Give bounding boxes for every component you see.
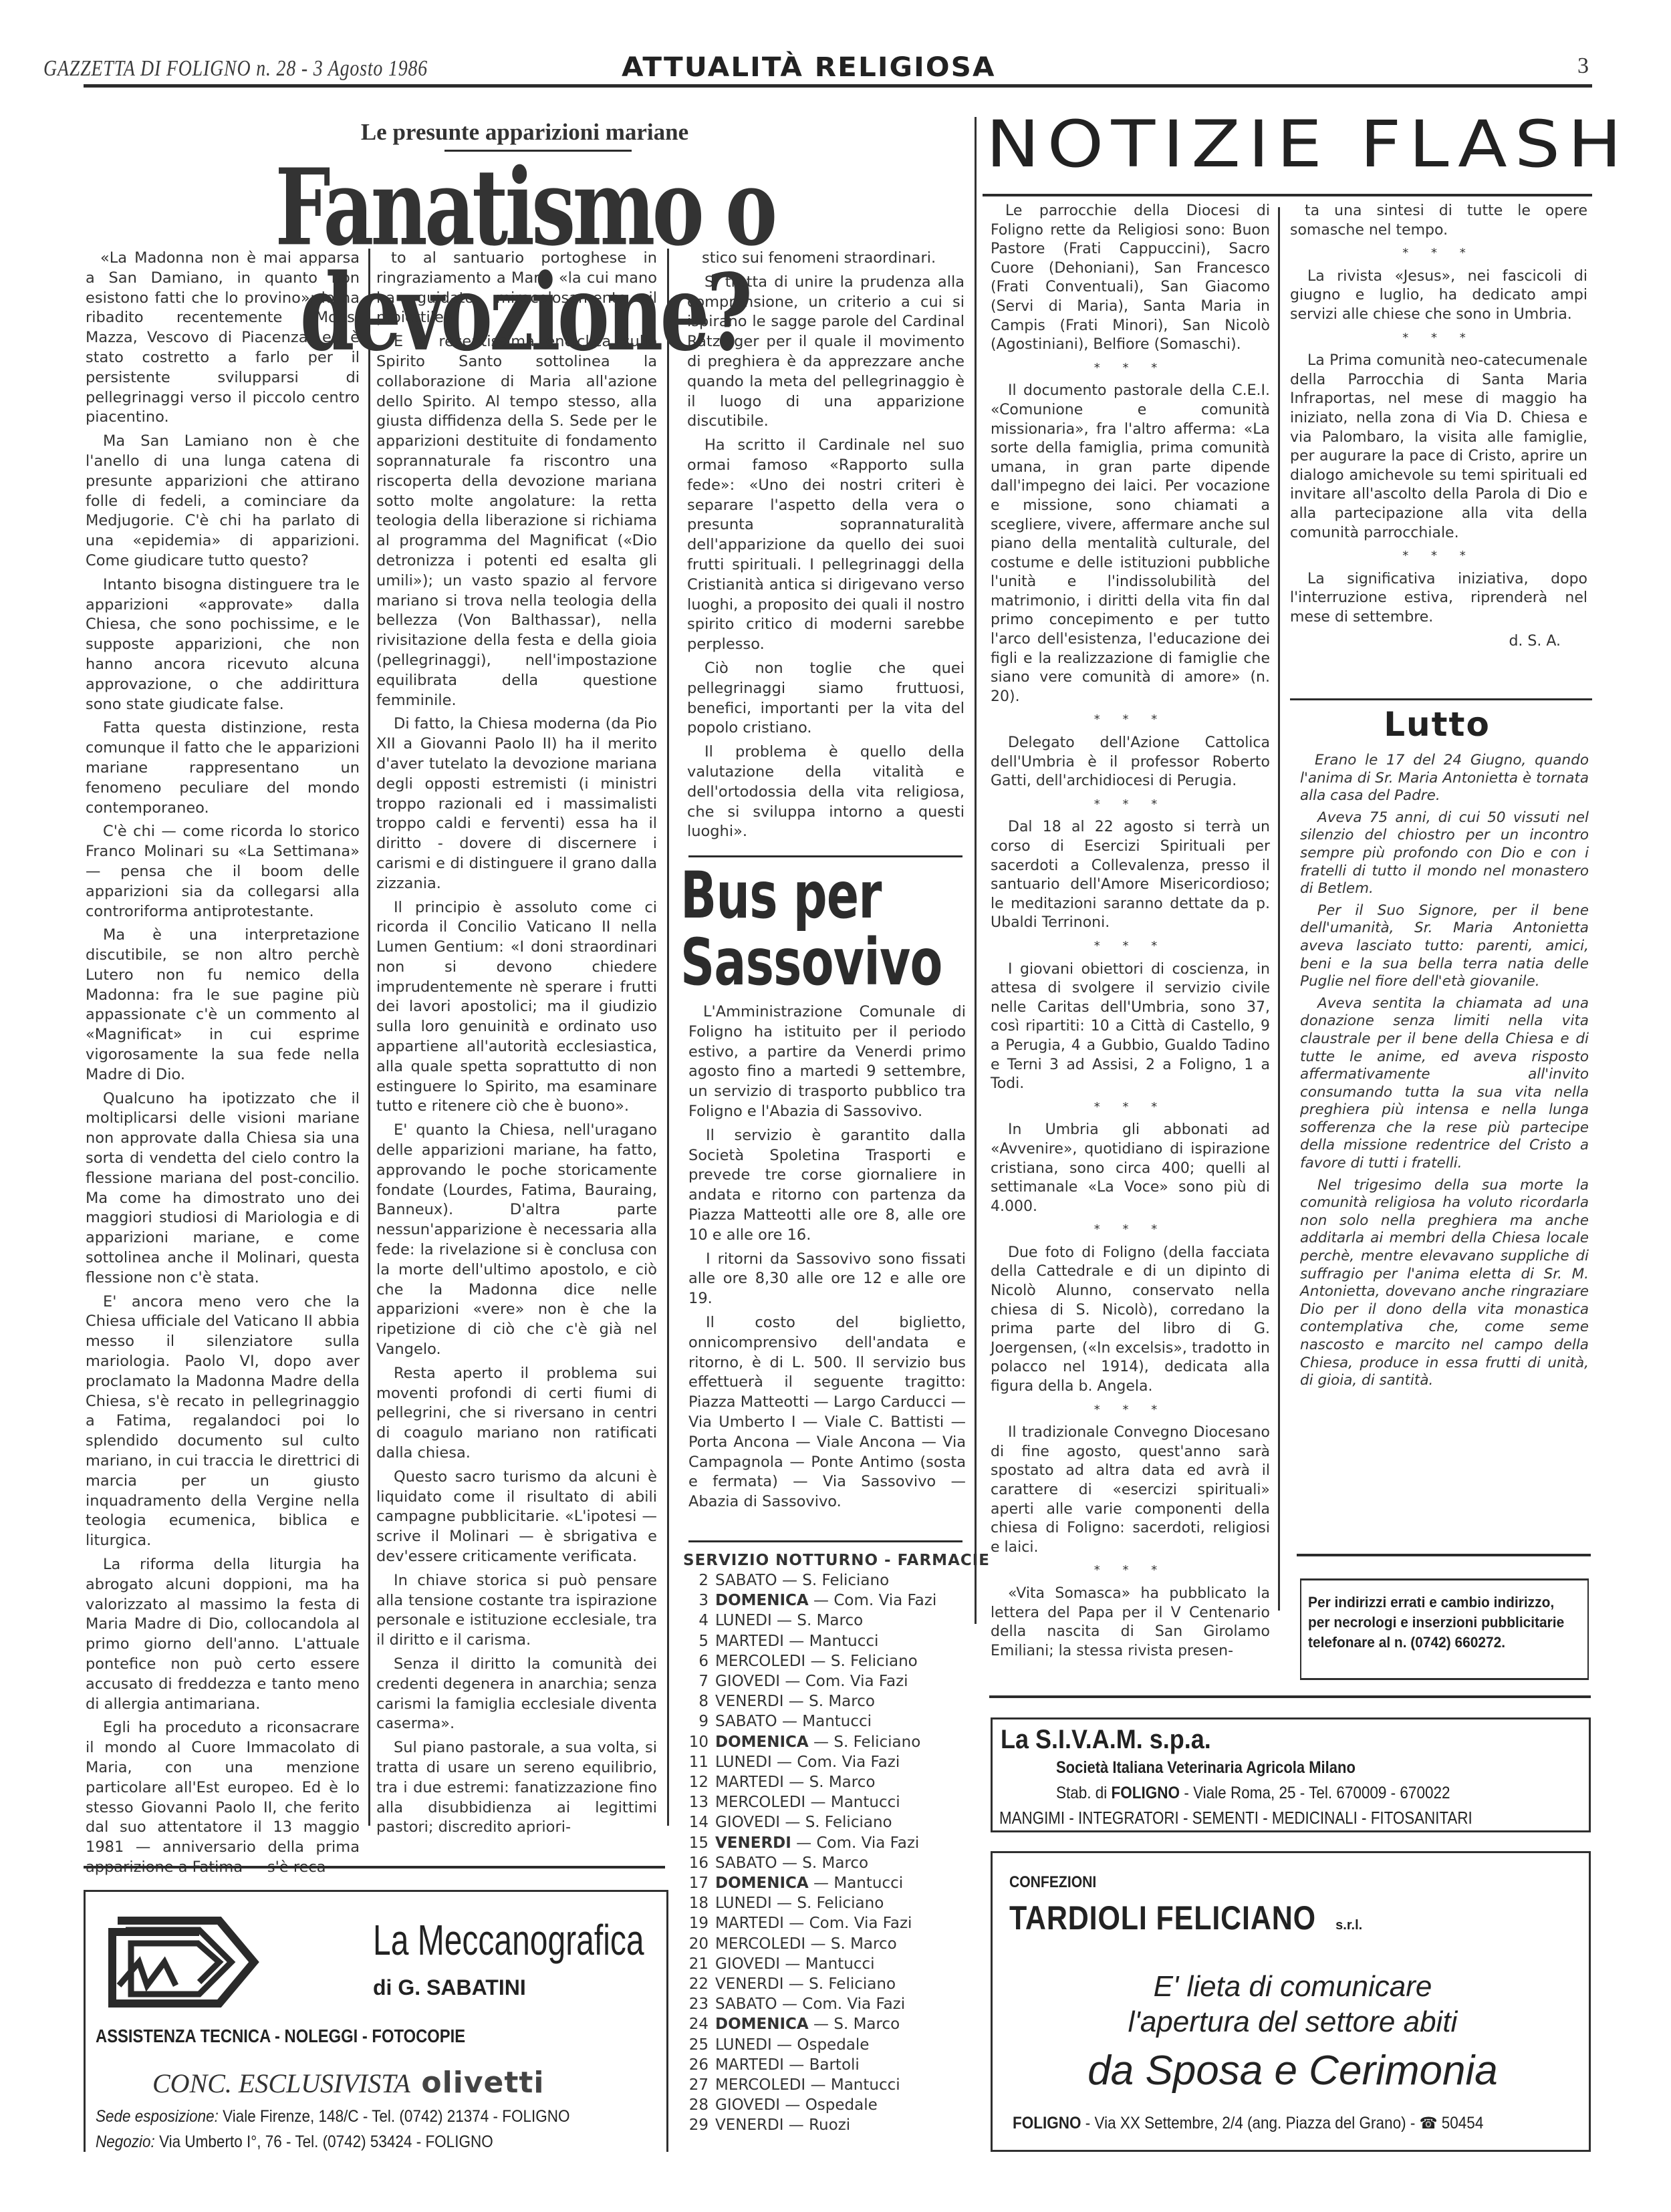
lutto-title: Lutto: [1283, 705, 1591, 744]
pharmacy-name: S. Marco: [802, 1854, 868, 1872]
dash: —: [809, 2016, 834, 2033]
notice-text: Per indirizzi errati e cambio indirizzo,…: [1308, 1593, 1567, 1653]
separator-stars: * * *: [991, 710, 1270, 730]
dash: —: [784, 2056, 809, 2074]
farmacia-row: 18LUNEDI — S. Feliciano: [683, 1893, 964, 1913]
pharmacy-name: S. Marco: [797, 1612, 863, 1629]
day-number: 15: [683, 1833, 709, 1853]
article-column-3: stico sui fenomeni straordinari.Si tratt…: [687, 249, 965, 846]
farmacia-row: 24DOMENICA — S. Marco: [683, 2014, 964, 2034]
weekday: LUNEDI: [715, 1612, 772, 1629]
pharmacy-name: Com. Via Fazi: [802, 1995, 905, 2013]
meccanografica-owner: di G. SABATINI: [373, 1975, 526, 2000]
pharmacy-name: Mantucci: [809, 1633, 879, 1650]
meccanografica-services: ASSISTENZA TECNICA - NOLEGGI - FOTOCOPIE: [96, 2026, 465, 2047]
olivetti-dealer-line: CONC. ESCLUSIVISTA olivetti: [152, 2066, 545, 2100]
day-number: 22: [683, 1974, 709, 1994]
separator-stars: * * *: [1290, 329, 1587, 348]
paragraph: Il documento pastorale della C.E.I. «Com…: [991, 382, 1270, 706]
weekday: VENERDI: [715, 1693, 783, 1710]
dash: —: [805, 2076, 831, 2094]
dash: —: [780, 1814, 805, 1831]
flash-title-rule: [983, 194, 1592, 196]
day-number: 29: [683, 2115, 709, 2135]
dash: —: [784, 1774, 809, 1791]
farmacia-row: 8VENERDI — S. Marco: [683, 1691, 964, 1711]
farmacia-row: 5MARTEDI — Mantucci: [683, 1631, 964, 1651]
sivam-name: La S.I.V.A.M. s.p.a.: [1001, 1725, 1211, 1755]
day-number: 27: [683, 2075, 709, 2095]
dash: —: [772, 1895, 797, 1912]
dash: —: [809, 1592, 834, 1609]
day-number: 7: [683, 1671, 709, 1691]
separator-stars: * * *: [991, 359, 1270, 378]
paragraph: Per il Suo Signore, per il bene dell'uma…: [1300, 902, 1589, 991]
paragraph: Dal 18 al 22 agosto si terrà un corso di…: [991, 818, 1270, 933]
day-number: 2: [683, 1570, 709, 1591]
ad-separator-rule: [989, 1695, 1591, 1698]
paragraph: Qualcuno ha ipotizzato che il moltiplica…: [86, 1089, 360, 1288]
paragraph: Erano le 17 del 24 Giugno, quando l'anim…: [1300, 752, 1589, 805]
paragraph: Nel trigesimo della sua morte la comunit…: [1300, 1177, 1589, 1390]
lutto-body: Erano le 17 del 24 Giugno, quando l'anim…: [1300, 752, 1589, 1394]
paragraph: Aveva sentita la chiamata ad una donazio…: [1300, 995, 1589, 1173]
column-divider: [368, 249, 370, 1826]
tardioli-line-3: da Sposa e Cerimonia: [993, 2047, 1593, 2094]
dash: —: [772, 1754, 797, 1771]
paragraph: Il servizio è garantito dalla Società Sp…: [688, 1126, 966, 1246]
paragraph: Il tradizionale Convegno Diocesano di fi…: [991, 1423, 1270, 1557]
pharmacy-name: Mantucci: [831, 1794, 900, 1811]
stab-city: FOLIGNO: [1112, 1784, 1180, 1802]
separator-stars: * * *: [991, 1561, 1270, 1580]
dash: —: [805, 1653, 831, 1670]
paragraph: Sul piano pastorale, a sua volta, si tra…: [376, 1738, 657, 1838]
separator-stars: * * *: [991, 1401, 1270, 1420]
dash: —: [780, 1955, 805, 1973]
weekday: MARTEDI: [715, 1774, 784, 1791]
paragraph: C'è chi — come ricorda lo storico Franco…: [86, 822, 360, 922]
pharmacy-name: Com. Via Fazi: [833, 1592, 936, 1609]
tardioli-city: FOLIGNO: [1013, 2114, 1081, 2132]
farmacia-row: 25LUNEDI — Ospedale: [683, 2035, 964, 2055]
paragraph: I giovani obiettori di coscienza, in att…: [991, 960, 1270, 1094]
farmacia-row: 16SABATO — S. Marco: [683, 1853, 964, 1873]
paragraph: Ma è una interpretazione discutibile, se…: [86, 926, 360, 1085]
tardioli-line-2: l'apertura del settore abiti: [993, 2006, 1593, 2039]
day-number: 10: [683, 1732, 709, 1752]
day-number: 24: [683, 2014, 709, 2034]
telephone-icon: ☎: [1420, 2114, 1438, 2132]
farmacia-row: 13MERCOLEDI — Mantucci: [683, 1792, 964, 1812]
paragraph: La significativa iniziativa, dopo l'inte…: [1290, 570, 1587, 628]
farmacia-row: 22VENERDI — S. Feliciano: [683, 1974, 964, 1994]
paragraph: Il problema è quello della valutazione d…: [687, 742, 965, 842]
weekday: GIOVEDI: [715, 1814, 780, 1831]
day-number: 16: [683, 1853, 709, 1873]
meccanografica-ad: La Meccanografica di G. SABATINI ASSISTE…: [84, 1890, 668, 2152]
paragraph: La Prima comunità neo-catecumenale della…: [1290, 352, 1587, 543]
farmacia-row: 21GIOVEDI — Mantucci: [683, 1954, 964, 1974]
day-number: 5: [683, 1631, 709, 1651]
bus-headline-line-1: Bus per: [680, 862, 942, 929]
paragraph: Si tratta di unire la prudenza alla comp…: [687, 273, 965, 432]
sivam-ad: La S.I.V.A.M. s.p.a. Società Italiana Ve…: [991, 1717, 1591, 1832]
olivetti-logo: olivetti: [421, 2066, 544, 2100]
farmacia-row: 17DOMENICA — Mantucci: [683, 1873, 964, 1893]
farmacia-row: 26MARTEDI — Bartoli: [683, 2055, 964, 2075]
day-number: 19: [683, 1913, 709, 1933]
day-number: 26: [683, 2055, 709, 2075]
dash: —: [784, 1915, 809, 1932]
dash: —: [780, 1673, 805, 1690]
tardioli-phone: 50454: [1442, 2114, 1484, 2132]
separator-stars: * * *: [991, 937, 1270, 956]
day-number: 18: [683, 1893, 709, 1913]
dealer-label: CONC. ESCLUSIVISTA: [152, 2068, 410, 2098]
article-kicker: Le presunte apparizioni mariane: [84, 119, 966, 146]
paragraph: Due foto di Foligno (della facciata dell…: [991, 1244, 1270, 1397]
day-number: 11: [683, 1752, 709, 1772]
paragraph: In chiave storica si può pensare alla te…: [376, 1571, 657, 1651]
pharmacy-name: Com. Via Fazi: [797, 1754, 900, 1771]
farmacia-row: 19MARTEDI — Com. Via Fazi: [683, 1913, 964, 1933]
weekday: SABATO: [715, 1995, 777, 2013]
dash: —: [772, 1612, 797, 1629]
bus-headline: Bus per Sassovivo: [680, 862, 942, 996]
farmacie-top-rule: [688, 1540, 962, 1542]
weekday: MARTEDI: [715, 1633, 784, 1650]
farmacia-row: 12MARTEDI — S. Marco: [683, 1772, 964, 1792]
pharmacy-name: S. Feliciano: [802, 1572, 889, 1589]
dash: —: [780, 2096, 805, 2114]
paragraph: E la recentissima enciclica sullo Spirit…: [376, 332, 657, 710]
paragraph: Fatta questa distinzione, resta comunque…: [86, 718, 360, 818]
paragraph: ta una sintesi di tutte le opere somasch…: [1290, 202, 1587, 240]
day-number: 3: [683, 1591, 709, 1611]
paragraph: L'Amministrazione Comunale di Foligno ha…: [688, 1002, 966, 1122]
notice-box: Per indirizzi errati e cambio indirizzo,…: [1300, 1578, 1589, 1680]
weekday: GIOVEDI: [715, 1955, 780, 1973]
paragraph: E' ancora meno vero che la Chiesa uffici…: [86, 1292, 360, 1551]
paragraph: Intanto bisogna distinguere tra le appar…: [86, 575, 360, 715]
farmacia-row: 20MERCOLEDI — S. Marco: [683, 1934, 964, 1954]
weekday: LUNEDI: [715, 2036, 772, 2054]
notizie-flash-column-2: ta una sintesi di tutte le opere somasch…: [1290, 202, 1587, 652]
meccanografica-name: La Meccanografica: [373, 1915, 644, 1965]
paragraph: Questo sacro turismo da alcuni è liquida…: [376, 1468, 657, 1567]
page-number: 3: [1577, 53, 1589, 79]
stab-address: - Viale Roma, 25 - Tel. 670009 - 670022: [1184, 1784, 1450, 1802]
farmacie-title: SERVIZIO NOTTURNO - FARMACIE: [683, 1552, 990, 1569]
weekday: VENERDI: [715, 1975, 783, 1993]
paragraph: Ha scritto il Cardinale nel suo ormai fa…: [687, 436, 965, 655]
dash: —: [777, 1572, 803, 1589]
paragraph: Delegato dell'Azione Cattolica dell'Umbr…: [991, 734, 1270, 791]
negozio-address: Via Umberto I°, 76 - Tel. (0742) 53424 -…: [159, 2132, 493, 2151]
ad-separator-rule: [84, 1866, 665, 1869]
dash: —: [805, 1794, 831, 1811]
bus-article-body: L'Amministrazione Comunale di Foligno ha…: [688, 1002, 966, 1516]
day-number: 8: [683, 1691, 709, 1711]
dash: —: [805, 1935, 831, 1953]
pharmacy-name: S. Feliciano: [809, 1975, 896, 1993]
tardioli-line-1: E' lieta di comunicare: [993, 1970, 1593, 2003]
paragraph: Il costo del biglietto, onnicomprensivo …: [688, 1313, 966, 1512]
pharmacy-name: S. Marco: [809, 1774, 876, 1791]
weekday: DOMENICA: [715, 1734, 809, 1751]
farmacia-row: 6MERCOLEDI — S. Feliciano: [683, 1651, 964, 1671]
weekday: MERCOLEDI: [715, 1653, 805, 1670]
dash: —: [777, 1713, 803, 1730]
farmacia-row: 28GIOVEDI — Ospedale: [683, 2095, 964, 2115]
tardioli-address: - Via XX Settembre, 2/4 (ang. Piazza del…: [1085, 2114, 1416, 2132]
sede-label: Sede esposizione:: [96, 2107, 219, 2126]
day-number: 23: [683, 1994, 709, 2014]
weekday: MERCOLEDI: [715, 2076, 805, 2094]
section-divider: [975, 117, 977, 1624]
day-number: 14: [683, 1812, 709, 1832]
paragraph: to al santuario portoghese in ringraziam…: [376, 249, 657, 328]
notizie-flash-column-1: Le parrocchie della Diocesi di Foligno r…: [991, 202, 1270, 1665]
weekday: MARTEDI: [715, 2056, 784, 2074]
paragraph: Il principio è assoluto come ci ricorda …: [376, 898, 657, 1117]
weekday: DOMENICA: [715, 1592, 809, 1609]
M-logo-icon: [99, 1915, 266, 2016]
pharmacy-name: Com. Via Fazi: [809, 1915, 912, 1932]
tardioli-name-line: TARDIOLI FELICIANO s.r.l.: [1009, 1899, 1362, 1937]
dash: —: [783, 1693, 809, 1710]
tardioli-name: TARDIOLI FELICIANO: [1009, 1899, 1316, 1937]
weekday: LUNEDI: [715, 1895, 772, 1912]
farmacia-row: 4LUNEDI — S. Marco: [683, 1611, 964, 1631]
lutto-top-rule: [1290, 698, 1592, 700]
farmacia-row: 23SABATO — Com. Via Fazi: [683, 1994, 964, 2014]
dash: —: [783, 2116, 809, 2134]
day-number: 12: [683, 1772, 709, 1792]
pharmacy-name: S. Feliciano: [797, 1895, 884, 1912]
dash: —: [791, 1834, 817, 1852]
pharmacy-name: Mantucci: [833, 1875, 903, 1892]
paragraph: Egli ha proceduto a riconsacrare il mond…: [86, 1718, 360, 1877]
column-divider: [667, 249, 669, 1826]
paragraph: Le parrocchie della Diocesi di Foligno r…: [991, 202, 1270, 355]
negozio-label: Negozio:: [96, 2132, 155, 2151]
day-number: 21: [683, 1954, 709, 1974]
negozio-address-line: Negozio: Via Umberto I°, 76 - Tel. (0742…: [96, 2132, 493, 2152]
tardioli-address-line: FOLIGNO - Via XX Settembre, 2/4 (ang. Pi…: [1013, 2114, 1483, 2133]
day-number: 4: [683, 1611, 709, 1631]
dash: —: [784, 1633, 809, 1650]
day-number: 9: [683, 1711, 709, 1732]
paragraph: Resta aperto il problema sui moventi pro…: [376, 1364, 657, 1464]
masthead-rule: [84, 84, 1592, 88]
weekday: MERCOLEDI: [715, 1794, 805, 1811]
article-column-1: «La Madonna non è mai apparsa a San Dami…: [86, 249, 360, 1882]
notizie-flash-title: NOTIZIE FLASH: [986, 107, 1629, 182]
weekday: VENERDI: [715, 1834, 791, 1852]
publication-info: GAZZETTA DI FOLIGNO n. 28 - 3 Agosto 198…: [43, 56, 428, 82]
farmacia-row: 27MERCOLEDI — Mantucci: [683, 2075, 964, 2095]
pharmacy-name: Mantucci: [805, 1955, 875, 1973]
pharmacy-name: S. Feliciano: [831, 1653, 918, 1670]
day-number: 17: [683, 1873, 709, 1893]
day-number: 25: [683, 2035, 709, 2055]
farmacia-row: 11LUNEDI — Com. Via Fazi: [683, 1752, 964, 1772]
pharmacy-name: Com. Via Fazi: [805, 1673, 908, 1690]
column-divider: [1278, 207, 1280, 1611]
section-title: ATTUALITÀ RELIGIOSA: [622, 52, 996, 83]
paragraph: La riforma della liturgia ha abrogato al…: [86, 1555, 360, 1714]
day-number: 20: [683, 1934, 709, 1954]
pharmacy-name: Ospedale: [805, 2096, 878, 2114]
weekday: SABATO: [715, 1854, 777, 1872]
separator-stars: * * *: [991, 795, 1270, 815]
day-number: 6: [683, 1651, 709, 1671]
bus-top-rule: [688, 855, 962, 857]
paragraph: I ritorni da Sassovivo sono fissati alle…: [688, 1250, 966, 1309]
paragraph: «La Madonna non è mai apparsa a San Dami…: [86, 249, 360, 428]
farmacia-row: 3DOMENICA — Com. Via Fazi: [683, 1591, 964, 1611]
pharmacy-name: Ospedale: [797, 2036, 869, 2054]
article-column-2: to al santuario portoghese in ringraziam…: [376, 249, 657, 1842]
paragraph: Di fatto, la Chiesa moderna (da Pio XII …: [376, 714, 657, 893]
signature: d. S. A.: [1290, 632, 1587, 652]
pharmacy-name: S. Marco: [809, 1693, 875, 1710]
stab-prefix: Stab. di: [1056, 1784, 1107, 1802]
farmacia-row: 14GIOVEDI — S. Feliciano: [683, 1812, 964, 1832]
pharmacy-name: Ruozi: [809, 2116, 850, 2134]
sede-address: Viale Firenze, 148/C - Tel. (0742) 21374…: [223, 2107, 569, 2126]
notice-top-rule: [1297, 1554, 1591, 1556]
dash: —: [783, 1975, 809, 1993]
weekday: GIOVEDI: [715, 2096, 780, 2114]
pharmacy-name: Com. Via Fazi: [816, 1834, 919, 1852]
farmacie-list: 2SABATO — S. Feliciano3DOMENICA — Com. V…: [683, 1570, 964, 2136]
tardioli-ad: CONFEZIONI TARDIOLI FELICIANO s.r.l. E' …: [991, 1851, 1591, 2152]
separator-stars: * * *: [991, 1098, 1270, 1117]
sivam-full-name: Società Italiana Veterinaria Agricola Mi…: [1056, 1758, 1356, 1778]
weekday: SABATO: [715, 1572, 777, 1589]
paragraph: stico sui fenomeni straordinari.: [687, 249, 965, 269]
farmacia-row: 2SABATO — S. Feliciano: [683, 1570, 964, 1591]
weekday: LUNEDI: [715, 1754, 772, 1771]
paragraph: «Vita Somasca» ha pubblicato la lettera …: [991, 1584, 1270, 1661]
farmacia-row: 15VENERDI — Com. Via Fazi: [683, 1833, 964, 1853]
pharmacy-name: Mantucci: [831, 2076, 900, 2094]
farmacia-row: 10DOMENICA — S. Feliciano: [683, 1732, 964, 1752]
pharmacy-name: Bartoli: [809, 2056, 860, 2074]
dash: —: [777, 1854, 803, 1872]
pharmacy-name: S. Marco: [831, 1935, 897, 1953]
dash: —: [809, 1734, 834, 1751]
weekday: GIOVEDI: [715, 1673, 780, 1690]
day-number: 28: [683, 2095, 709, 2115]
weekday: MARTEDI: [715, 1915, 784, 1932]
weekday: MERCOLEDI: [715, 1935, 805, 1953]
pharmacy-name: S. Marco: [833, 2016, 900, 2033]
sivam-address-line: Stab. di FOLIGNO - Viale Roma, 25 - Tel.…: [1056, 1784, 1450, 1803]
farmacia-row: 9SABATO — Mantucci: [683, 1711, 964, 1732]
dash: —: [777, 1995, 803, 2013]
farmacia-row: 29VENERDI — Ruozi: [683, 2115, 964, 2135]
sivam-products: MANGIMI - INTEGRATORI - SEMENTI - MEDICI…: [999, 1808, 1472, 1828]
paragraph: Senza il diritto la comunità dei credent…: [376, 1655, 657, 1734]
paragraph: E' quanto la Chiesa, nell'uragano delle …: [376, 1121, 657, 1360]
farmacia-row: 7GIOVEDI — Com. Via Fazi: [683, 1671, 964, 1691]
paragraph: Ma San Lamiano non è che l'anello di una…: [86, 432, 360, 571]
tardioli-suffix: s.r.l.: [1335, 1918, 1362, 1933]
paragraph: In Umbria gli abbonati ad «Avvenire», qu…: [991, 1121, 1270, 1216]
separator-stars: * * *: [991, 1220, 1270, 1240]
separator-stars: * * *: [1290, 244, 1587, 263]
paragraph: Ciò non toglie che quei pellegrinaggi si…: [687, 659, 965, 738]
day-number: 13: [683, 1792, 709, 1812]
dash: —: [809, 1875, 834, 1892]
sede-address-line: Sede esposizione: Viale Firenze, 148/C -…: [96, 2107, 570, 2126]
pharmacy-name: S. Feliciano: [805, 1814, 892, 1831]
dash: —: [772, 2036, 797, 2054]
separator-stars: * * *: [1290, 547, 1587, 566]
bus-headline-line-2: Sassovivo: [680, 929, 942, 996]
weekday: VENERDI: [715, 2116, 783, 2134]
pharmacy-name: S. Feliciano: [833, 1734, 920, 1751]
paragraph: Aveva 75 anni, di cui 50 vissuti nel sil…: [1300, 809, 1589, 898]
weekday: DOMENICA: [715, 1875, 809, 1892]
tardioli-category: CONFEZIONI: [1009, 1873, 1096, 1892]
paragraph: La rivista «Jesus», nei fascicoli di giu…: [1290, 267, 1587, 325]
pharmacy-name: Mantucci: [802, 1713, 872, 1730]
weekday: SABATO: [715, 1713, 777, 1730]
weekday: DOMENICA: [715, 2016, 809, 2033]
